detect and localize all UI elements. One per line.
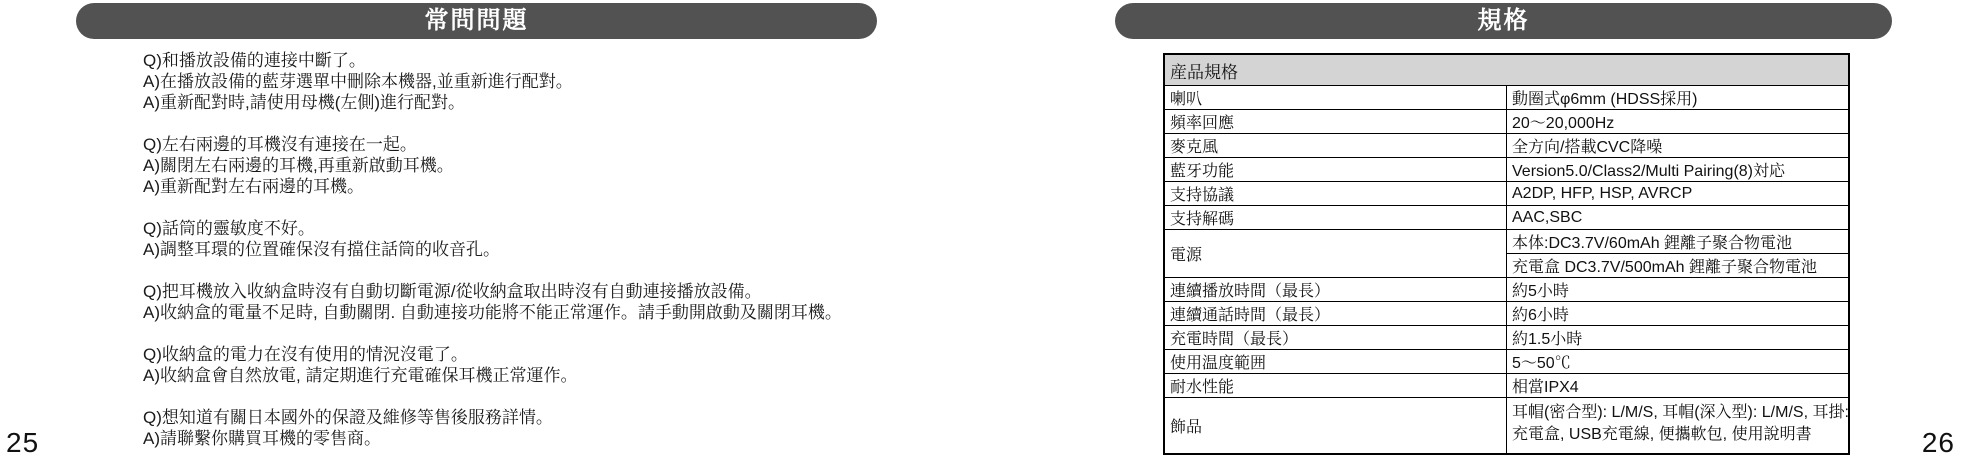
spec-value: 約5小時 — [1507, 278, 1850, 302]
faq-block: Q)和播放設備的連接中斷了。 A)在播放設備的藍芽選單中刪除本機器,並重新進行配… — [143, 50, 842, 113]
faq-header-title: 常問問題 — [425, 3, 529, 39]
spec-header-bar: 規格 — [1115, 3, 1892, 39]
table-row: 支持解碼 AAC,SBC — [1164, 206, 1849, 230]
spec-value: 動圈式φ6mm (HDSS採用) — [1507, 86, 1850, 110]
spec-value: A2DP, HFP, HSP, AVRCP — [1507, 182, 1850, 206]
faq-answer: A)重新配對左右兩邊的耳機。 — [143, 176, 842, 197]
spec-label: 麥克風 — [1164, 134, 1507, 158]
page-number-right: 26 — [1922, 427, 1955, 459]
spec-value: 約1.5小時 — [1507, 326, 1850, 350]
faq-question: Q)收納盒的電力在沒有使用的情況沒電了。 — [143, 344, 842, 365]
spec-label: 藍牙功能 — [1164, 158, 1507, 182]
spec-label: 支持解碼 — [1164, 206, 1507, 230]
spec-table: 産品規格 喇叭 動圈式φ6mm (HDSS採用) 頻率回應 20〜20,000H… — [1163, 53, 1850, 455]
faq-answer: A)收納盒會自然放電, 請定期進行充電確保耳機正常運作。 — [143, 365, 842, 386]
table-row: 喇叭 動圈式φ6mm (HDSS採用) — [1164, 86, 1849, 110]
faq-block: Q)收納盒的電力在沒有使用的情況沒電了。 A)收納盒會自然放電, 請定期進行充電… — [143, 344, 842, 386]
spec-value: 相當IPX4 — [1507, 374, 1850, 398]
table-row: 電源 本体:DC3.7V/60mAh 鋰離子聚合物電池 — [1164, 230, 1849, 254]
spec-label: 支持協議 — [1164, 182, 1507, 206]
faq-list: Q)和播放設備的連接中斷了。 A)在播放設備的藍芽選單中刪除本機器,並重新進行配… — [143, 50, 842, 470]
page-number-left: 25 — [6, 427, 39, 459]
spec-label: 耐水性能 — [1164, 374, 1507, 398]
spec-label: 飾品 — [1164, 398, 1507, 454]
spec-table-container: 産品規格 喇叭 動圈式φ6mm (HDSS採用) 頻率回應 20〜20,000H… — [1163, 53, 1850, 455]
table-row: 充電時間（最長） 約1.5小時 — [1164, 326, 1849, 350]
faq-header-bar: 常問問題 — [76, 3, 877, 39]
faq-answer: A)在播放設備的藍芽選單中刪除本機器,並重新進行配對。 — [143, 71, 842, 92]
spec-label: 使用温度範囲 — [1164, 350, 1507, 374]
faq-answer: A)調整耳環的位置確保沒有擋住話筒的收音孔。 — [143, 239, 842, 260]
faq-question: Q)把耳機放入收納盒時沒有自動切斷電源/從收納盒取出時沒有自動連接播放設備。 — [143, 281, 842, 302]
table-row: 耐水性能 相當IPX4 — [1164, 374, 1849, 398]
spec-header-title: 規格 — [1478, 3, 1530, 39]
spec-value: 充電盒 DC3.7V/500mAh 鋰離子聚合物電池 — [1507, 254, 1850, 278]
spec-label: 喇叭 — [1164, 86, 1507, 110]
spec-value: 20〜20,000Hz — [1507, 110, 1850, 134]
faq-block: Q)把耳機放入收納盒時沒有自動切斷電源/從收納盒取出時沒有自動連接播放設備。 A… — [143, 281, 842, 323]
spec-label: 連續通話時間（最長） — [1164, 302, 1507, 326]
table-row: 頻率回應 20〜20,000Hz — [1164, 110, 1849, 134]
faq-question: Q)和播放設備的連接中斷了。 — [143, 50, 842, 71]
spec-label: 充電時間（最長） — [1164, 326, 1507, 350]
faq-question: Q)想知道有關日本國外的保證及維修等售後服務詳情。 — [143, 407, 842, 428]
table-row: 藍牙功能 Version5.0/Class2/Multi Pairing(8)対… — [1164, 158, 1849, 182]
spec-value: 5〜50℃ — [1507, 350, 1850, 374]
table-row: 麥克風 全方向/搭載CVC降噪 — [1164, 134, 1849, 158]
table-row: 使用温度範囲 5〜50℃ — [1164, 350, 1849, 374]
spec-label: 頻率回應 — [1164, 110, 1507, 134]
manual-spread: 常問問題 Q)和播放設備的連接中斷了。 A)在播放設備的藍芽選單中刪除本機器,並… — [0, 0, 1979, 471]
table-row: 連續通話時間（最長） 約6小時 — [1164, 302, 1849, 326]
faq-answer: A)關閉左右兩邊的耳機,再重新啟動耳機。 — [143, 155, 842, 176]
spec-value: AAC,SBC — [1507, 206, 1850, 230]
faq-block: Q)話筒的靈敏度不好。 A)調整耳環的位置確保沒有擋住話筒的收音孔。 — [143, 218, 842, 260]
table-row: 飾品 耳帽(密合型): L/M/S, 耳帽(深入型): L/M/S, 耳掛: L… — [1164, 398, 1849, 454]
faq-question: Q)左右兩邊的耳機沒有連接在一起。 — [143, 134, 842, 155]
spec-value: 約6小時 — [1507, 302, 1850, 326]
spec-value-line: 耳帽(密合型): L/M/S, 耳帽(深入型): L/M/S, 耳掛: L/S — [1512, 402, 1848, 424]
spec-value: 全方向/搭載CVC降噪 — [1507, 134, 1850, 158]
spec-label: 連續播放時間（最長） — [1164, 278, 1507, 302]
faq-answer: A)收納盒的電量不足時, 自動關閉. 自動連接功能將不能正常運作。請手動開啟動及… — [143, 302, 842, 323]
faq-block: Q)想知道有關日本國外的保證及維修等售後服務詳情。 A)請聯繫你購買耳機的零售商… — [143, 407, 842, 449]
faq-answer: A)請聯繫你購買耳機的零售商。 — [143, 428, 842, 449]
spec-value: 耳帽(密合型): L/M/S, 耳帽(深入型): L/M/S, 耳掛: L/S … — [1507, 398, 1850, 454]
table-row: 連續播放時間（最長） 約5小時 — [1164, 278, 1849, 302]
table-row: 支持協議 A2DP, HFP, HSP, AVRCP — [1164, 182, 1849, 206]
spec-table-title: 産品規格 — [1164, 54, 1849, 86]
faq-block: Q)左右兩邊的耳機沒有連接在一起。 A)關閉左右兩邊的耳機,再重新啟動耳機。 A… — [143, 134, 842, 197]
spec-value: Version5.0/Class2/Multi Pairing(8)対応 — [1507, 158, 1850, 182]
spec-value: 本体:DC3.7V/60mAh 鋰離子聚合物電池 — [1507, 230, 1850, 254]
faq-question: Q)話筒的靈敏度不好。 — [143, 218, 842, 239]
faq-answer: A)重新配對時,請使用母機(左側)進行配對。 — [143, 92, 842, 113]
spec-table-title-row: 産品規格 — [1164, 54, 1849, 86]
spec-value-line: 充電盒, USB充電線, 便攜軟包, 使用說明書 — [1512, 424, 1848, 446]
spec-label: 電源 — [1164, 230, 1507, 278]
